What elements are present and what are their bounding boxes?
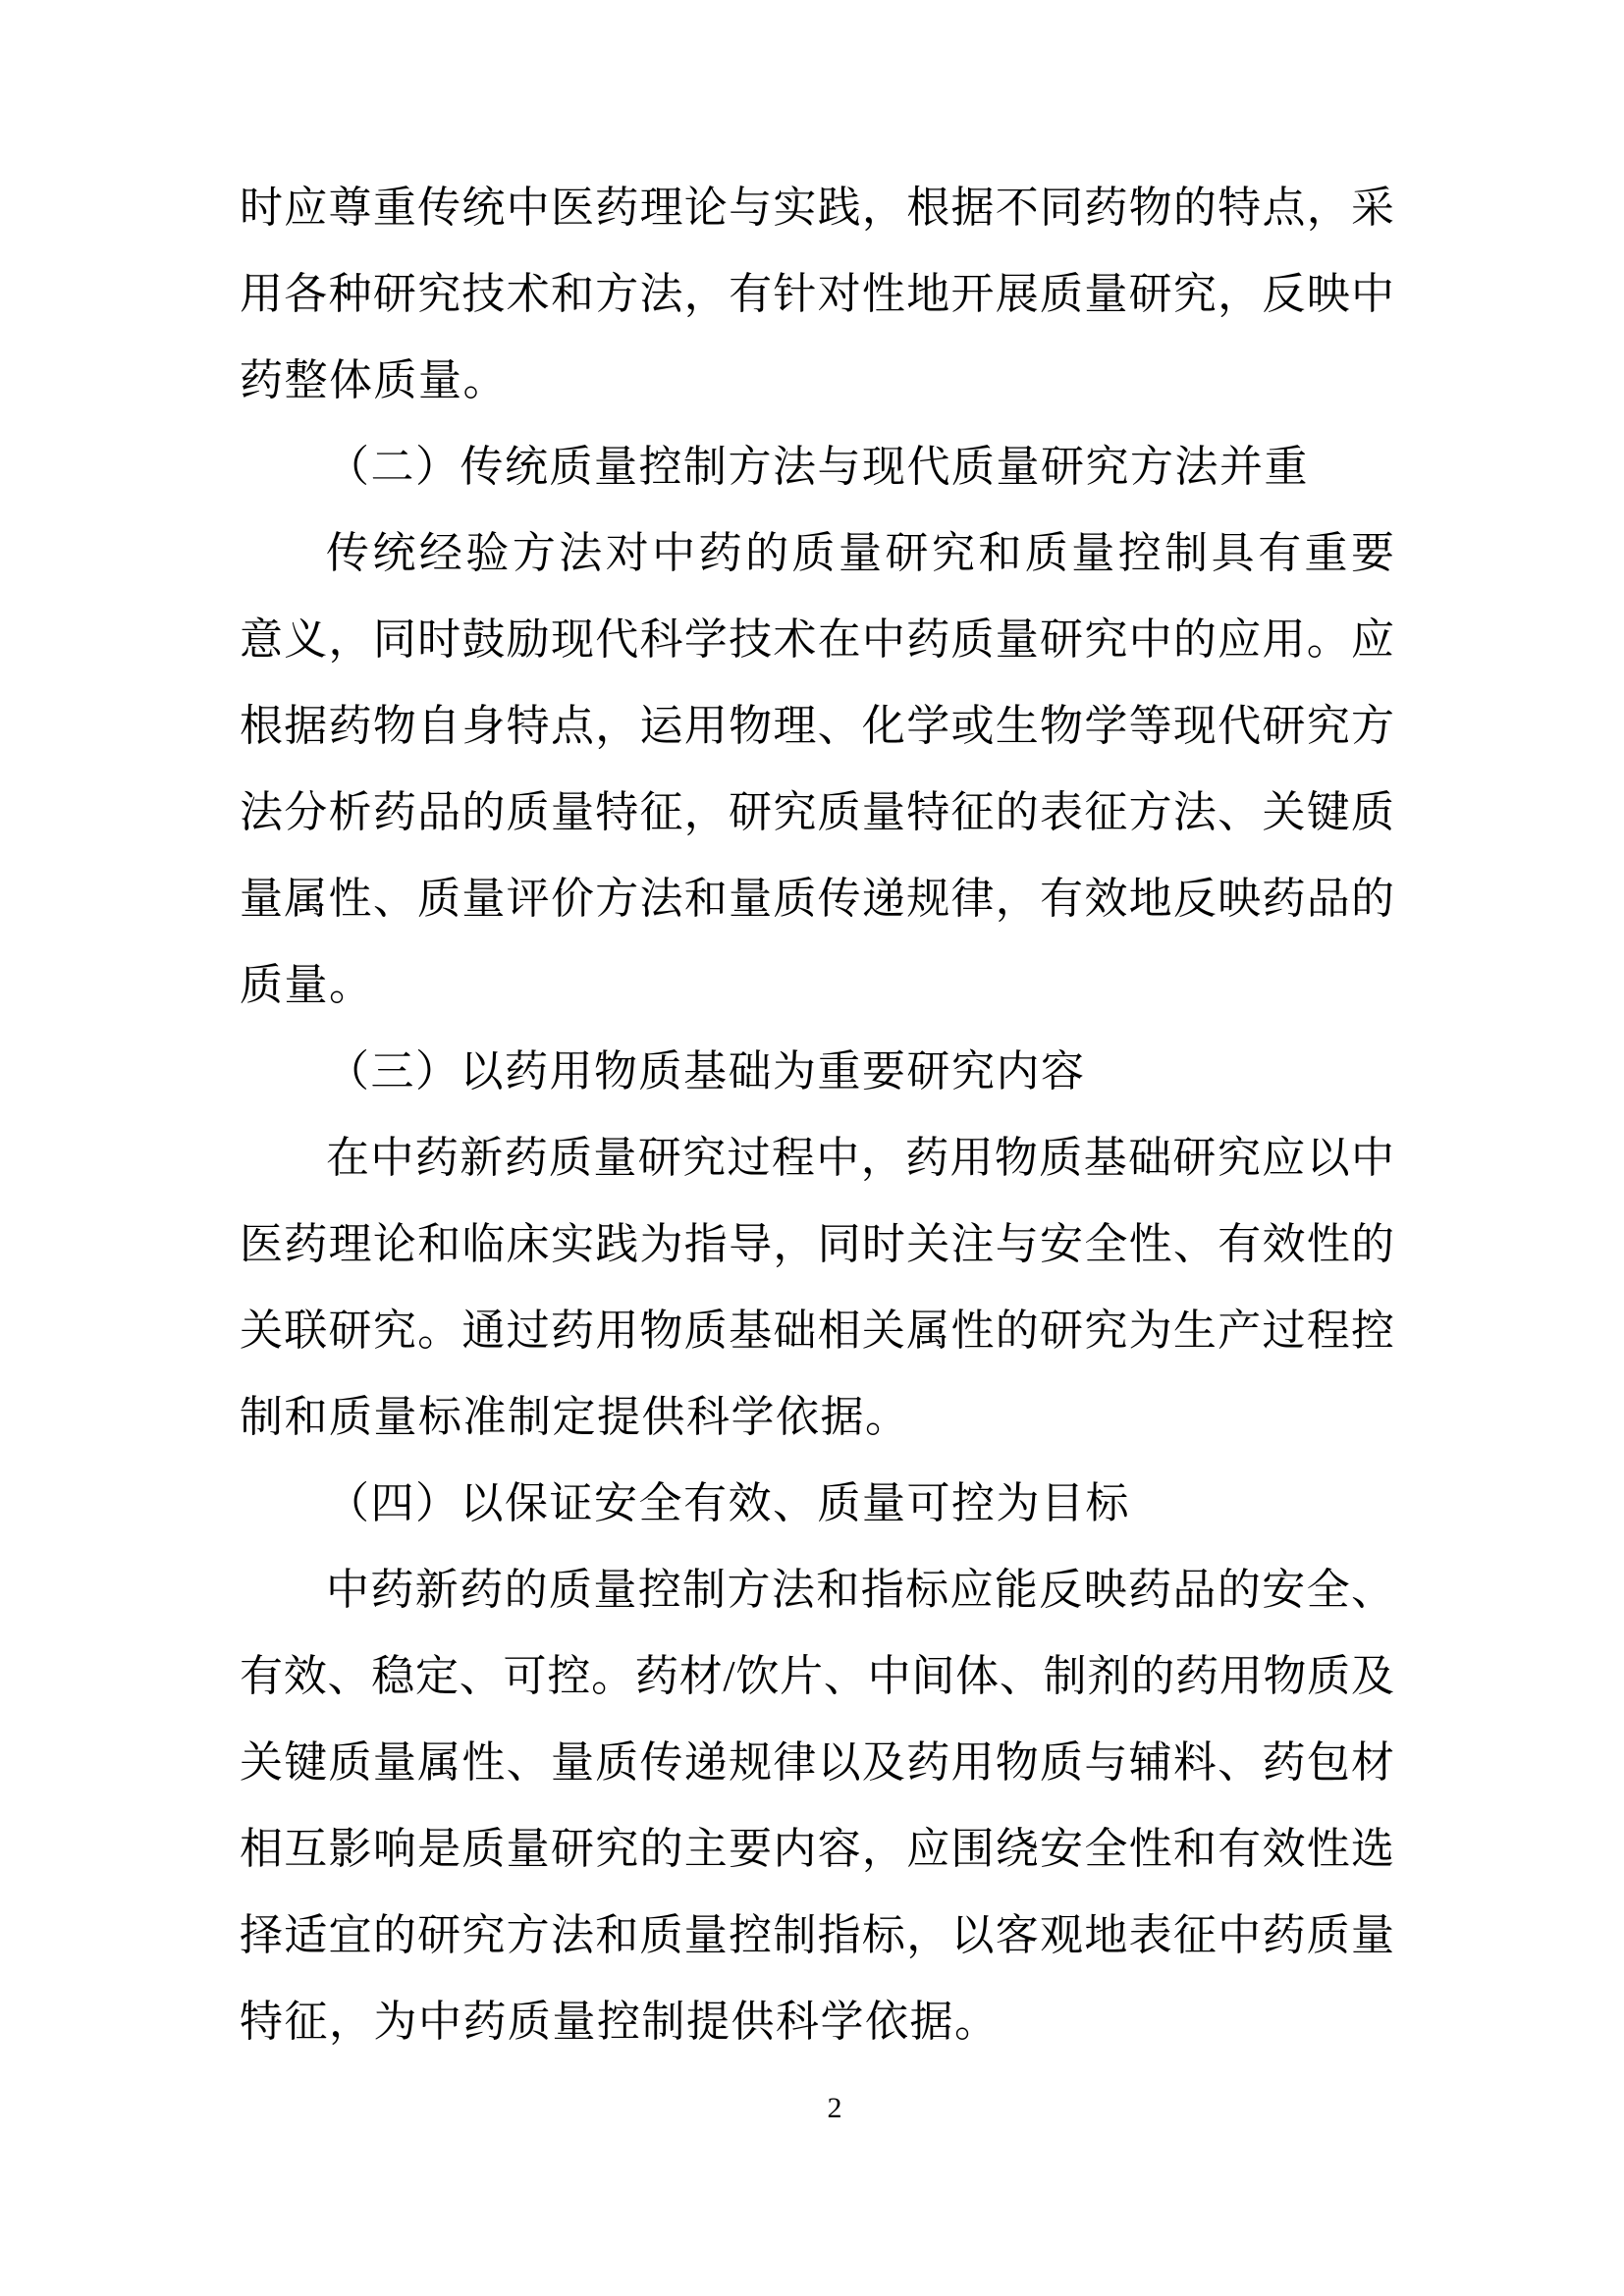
page-number: 2 [0,2087,1624,2130]
text-line: 根据药物自身特点，运用物理、化学或生物学等现代研究方 [240,683,1394,770]
heading-line: （三）以药用物质基础为重要研究内容 [240,1029,1394,1115]
document-page: 时应尊重传统中医药理论与实践，根据不同药物的特点，采用各种研究技术和方法，有针对… [0,0,1624,2296]
text-line: 时应尊重传统中医药理论与实践，根据不同药物的特点，采 [240,165,1394,251]
text-line: 意义，同时鼓励现代科学技术在中药质量研究中的应用。应 [240,597,1394,683]
heading-line: （二）传统质量控制方法与现代质量研究方法并重 [240,424,1394,510]
text-line: 相互影响是质量研究的主要内容，应围绕安全性和有效性选 [240,1806,1394,1893]
text-line: 量属性、质量评价方法和量质传递规律，有效地反映药品的 [240,856,1394,942]
text-line: 特征，为中药质量控制提供科学依据。 [240,1979,1394,2065]
text-line: 质量。 [240,942,1394,1029]
heading-line: （四）以保证安全有效、质量可控为目标 [240,1461,1394,1547]
text-line: 制和质量标准制定提供科学依据。 [240,1374,1394,1461]
text-line: 在中药新药质量研究过程中，药用物质基础研究应以中 [240,1115,1394,1201]
text-line: 关键质量属性、量质传递规律以及药用物质与辅料、药包材 [240,1720,1394,1806]
text-line: 药整体质量。 [240,338,1394,424]
text-line: 有效、稳定、可控。药材/饮片、中间体、制剂的药用物质及 [240,1633,1394,1720]
text-line: 中药新药的质量控制方法和指标应能反映药品的安全、 [240,1547,1394,1633]
text-line: 医药理论和临床实践为指导，同时关注与安全性、有效性的 [240,1201,1394,1288]
text-line: 关联研究。通过药用物质基础相关属性的研究为生产过程控 [240,1288,1394,1374]
text-block: 时应尊重传统中医药理论与实践，根据不同药物的特点，采用各种研究技术和方法，有针对… [240,165,1394,2065]
text-line: 法分析药品的质量特征，研究质量特征的表征方法、关键质 [240,770,1394,856]
text-line: 传统经验方法对中药的质量研究和质量控制具有重要 [240,510,1394,597]
text-line: 用各种研究技术和方法，有针对性地开展质量研究，反映中 [240,251,1394,338]
text-line: 择适宜的研究方法和质量控制指标，以客观地表征中药质量 [240,1893,1394,1979]
